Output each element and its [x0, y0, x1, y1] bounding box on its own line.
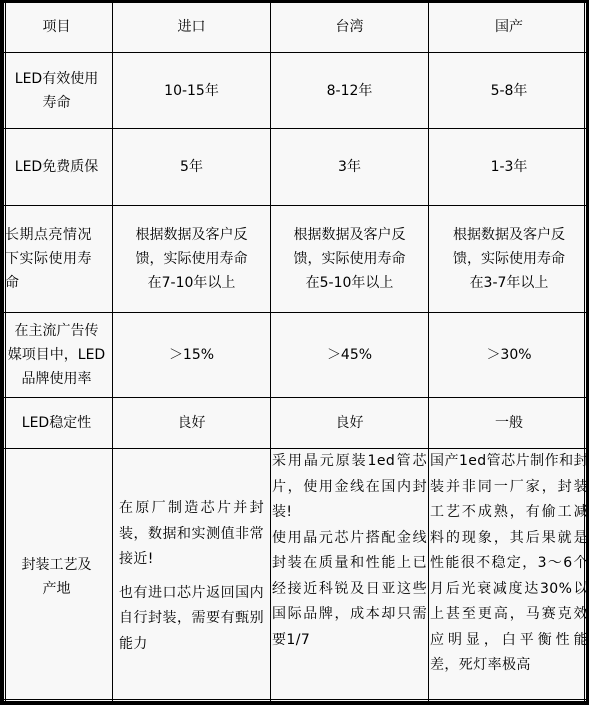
cell-taiwan-stability: 良好 — [271, 398, 429, 449]
led-comparison-table: 项目 进口 台湾 国产 LED有效使用 寿命 10-15年 8-12年 5-8年… — [0, 0, 589, 704]
row-brand-usage: 在主流广告传 媒项目中，LED 品牌使用率 ＞15% ＞45% ＞30% — [1, 313, 589, 398]
cell-domestic-stability: 一般 — [429, 398, 589, 449]
table-inner-border-right — [584, 0, 585, 704]
imported-packaging-para1: 在原厂制造芯片并封装，数据和实测值非常接近! — [119, 496, 264, 573]
cell-imported-warranty: 5年 — [113, 129, 271, 206]
cell-taiwan-warranty: 3年 — [271, 129, 429, 206]
cell-taiwan-packaging: 采用晶元原装1ed管芯片，使用金线在国内封装! 使用晶元芯片搭配金线封装在质量和… — [271, 449, 429, 705]
row-label-lifespan: LED有效使用 寿命 — [1, 53, 113, 129]
header-item: 项目 — [1, 1, 113, 53]
row-actual-lifespan: 长期点亮情况 下实际使用寿 命 根据数据及客户反 馈，实际使用寿命 在7-10年… — [1, 206, 589, 313]
cell-domestic-lifespan: 5-8年 — [429, 53, 589, 129]
cell-imported-lifespan: 10-15年 — [113, 53, 271, 129]
header-taiwan: 台湾 — [271, 1, 429, 53]
table-outer-border-left — [0, 0, 4, 704]
imported-packaging-para2: 也有进口芯片返回国内自行封装，需要有甄别能力 — [119, 581, 264, 658]
row-label-actual-lifespan: 长期点亮情况 下实际使用寿 命 — [1, 206, 113, 313]
cell-domestic-actual-lifespan: 根据数据及客户反 馈，实际使用寿命 在3-7年以上 — [429, 206, 589, 313]
row-label-packaging: 封装工艺及 产地 — [1, 449, 113, 705]
row-warranty: LED免费质保 5年 3年 1-3年 — [1, 129, 589, 206]
table-outer-border-top — [0, 0, 589, 3]
row-label-brand-usage: 在主流广告传 媒项目中，LED 品牌使用率 — [1, 313, 113, 398]
cell-taiwan-actual-lifespan: 根据数据及客户反 馈，实际使用寿命 在5-10年以上 — [271, 206, 429, 313]
row-lifespan: LED有效使用 寿命 10-15年 8-12年 5-8年 — [1, 53, 589, 129]
header-row: 项目 进口 台湾 国产 — [1, 1, 589, 53]
row-packaging: 封装工艺及 产地 在原厂制造芯片并封装，数据和实测值非常接近! 也有进口芯片返回… — [1, 449, 589, 705]
cell-imported-brand-usage: ＞15% — [113, 313, 271, 398]
row-stability: LED稳定性 良好 良好 一般 — [1, 398, 589, 449]
cell-domestic-warranty: 1-3年 — [429, 129, 589, 206]
header-imported: 进口 — [113, 1, 271, 53]
cell-imported-stability: 良好 — [113, 398, 271, 449]
row-label-stability: LED稳定性 — [1, 398, 113, 449]
header-domestic: 国产 — [429, 1, 589, 53]
table-inner-border-left — [5, 0, 6, 704]
cell-domestic-brand-usage: ＞30% — [429, 313, 589, 398]
table-inner-border-bottom — [0, 699, 589, 700]
cell-imported-actual-lifespan: 根据数据及客户反 馈，实际使用寿命 在7-10年以上 — [113, 206, 271, 313]
taiwan-packaging-para2: 使用晶元芯片搭配金线封装在质量和性能上已经接近科锐及日亚这些国际品牌，成本却只需… — [272, 526, 427, 654]
row-label-warranty: LED免费质保 — [1, 129, 113, 206]
taiwan-packaging-para1: 采用晶元原装1ed管芯片，使用金线在国内封装! — [272, 449, 427, 526]
cell-taiwan-lifespan: 8-12年 — [271, 53, 429, 129]
cell-domestic-packaging: 国产1ed管芯片制作和封装并非同一厂家，封装工艺不成熟，有偷工减料的现象，其后果… — [429, 449, 589, 705]
cell-taiwan-brand-usage: ＞45% — [271, 313, 429, 398]
cell-imported-packaging: 在原厂制造芯片并封装，数据和实测值非常接近! 也有进口芯片返回国内自行封装，需要… — [113, 449, 271, 705]
